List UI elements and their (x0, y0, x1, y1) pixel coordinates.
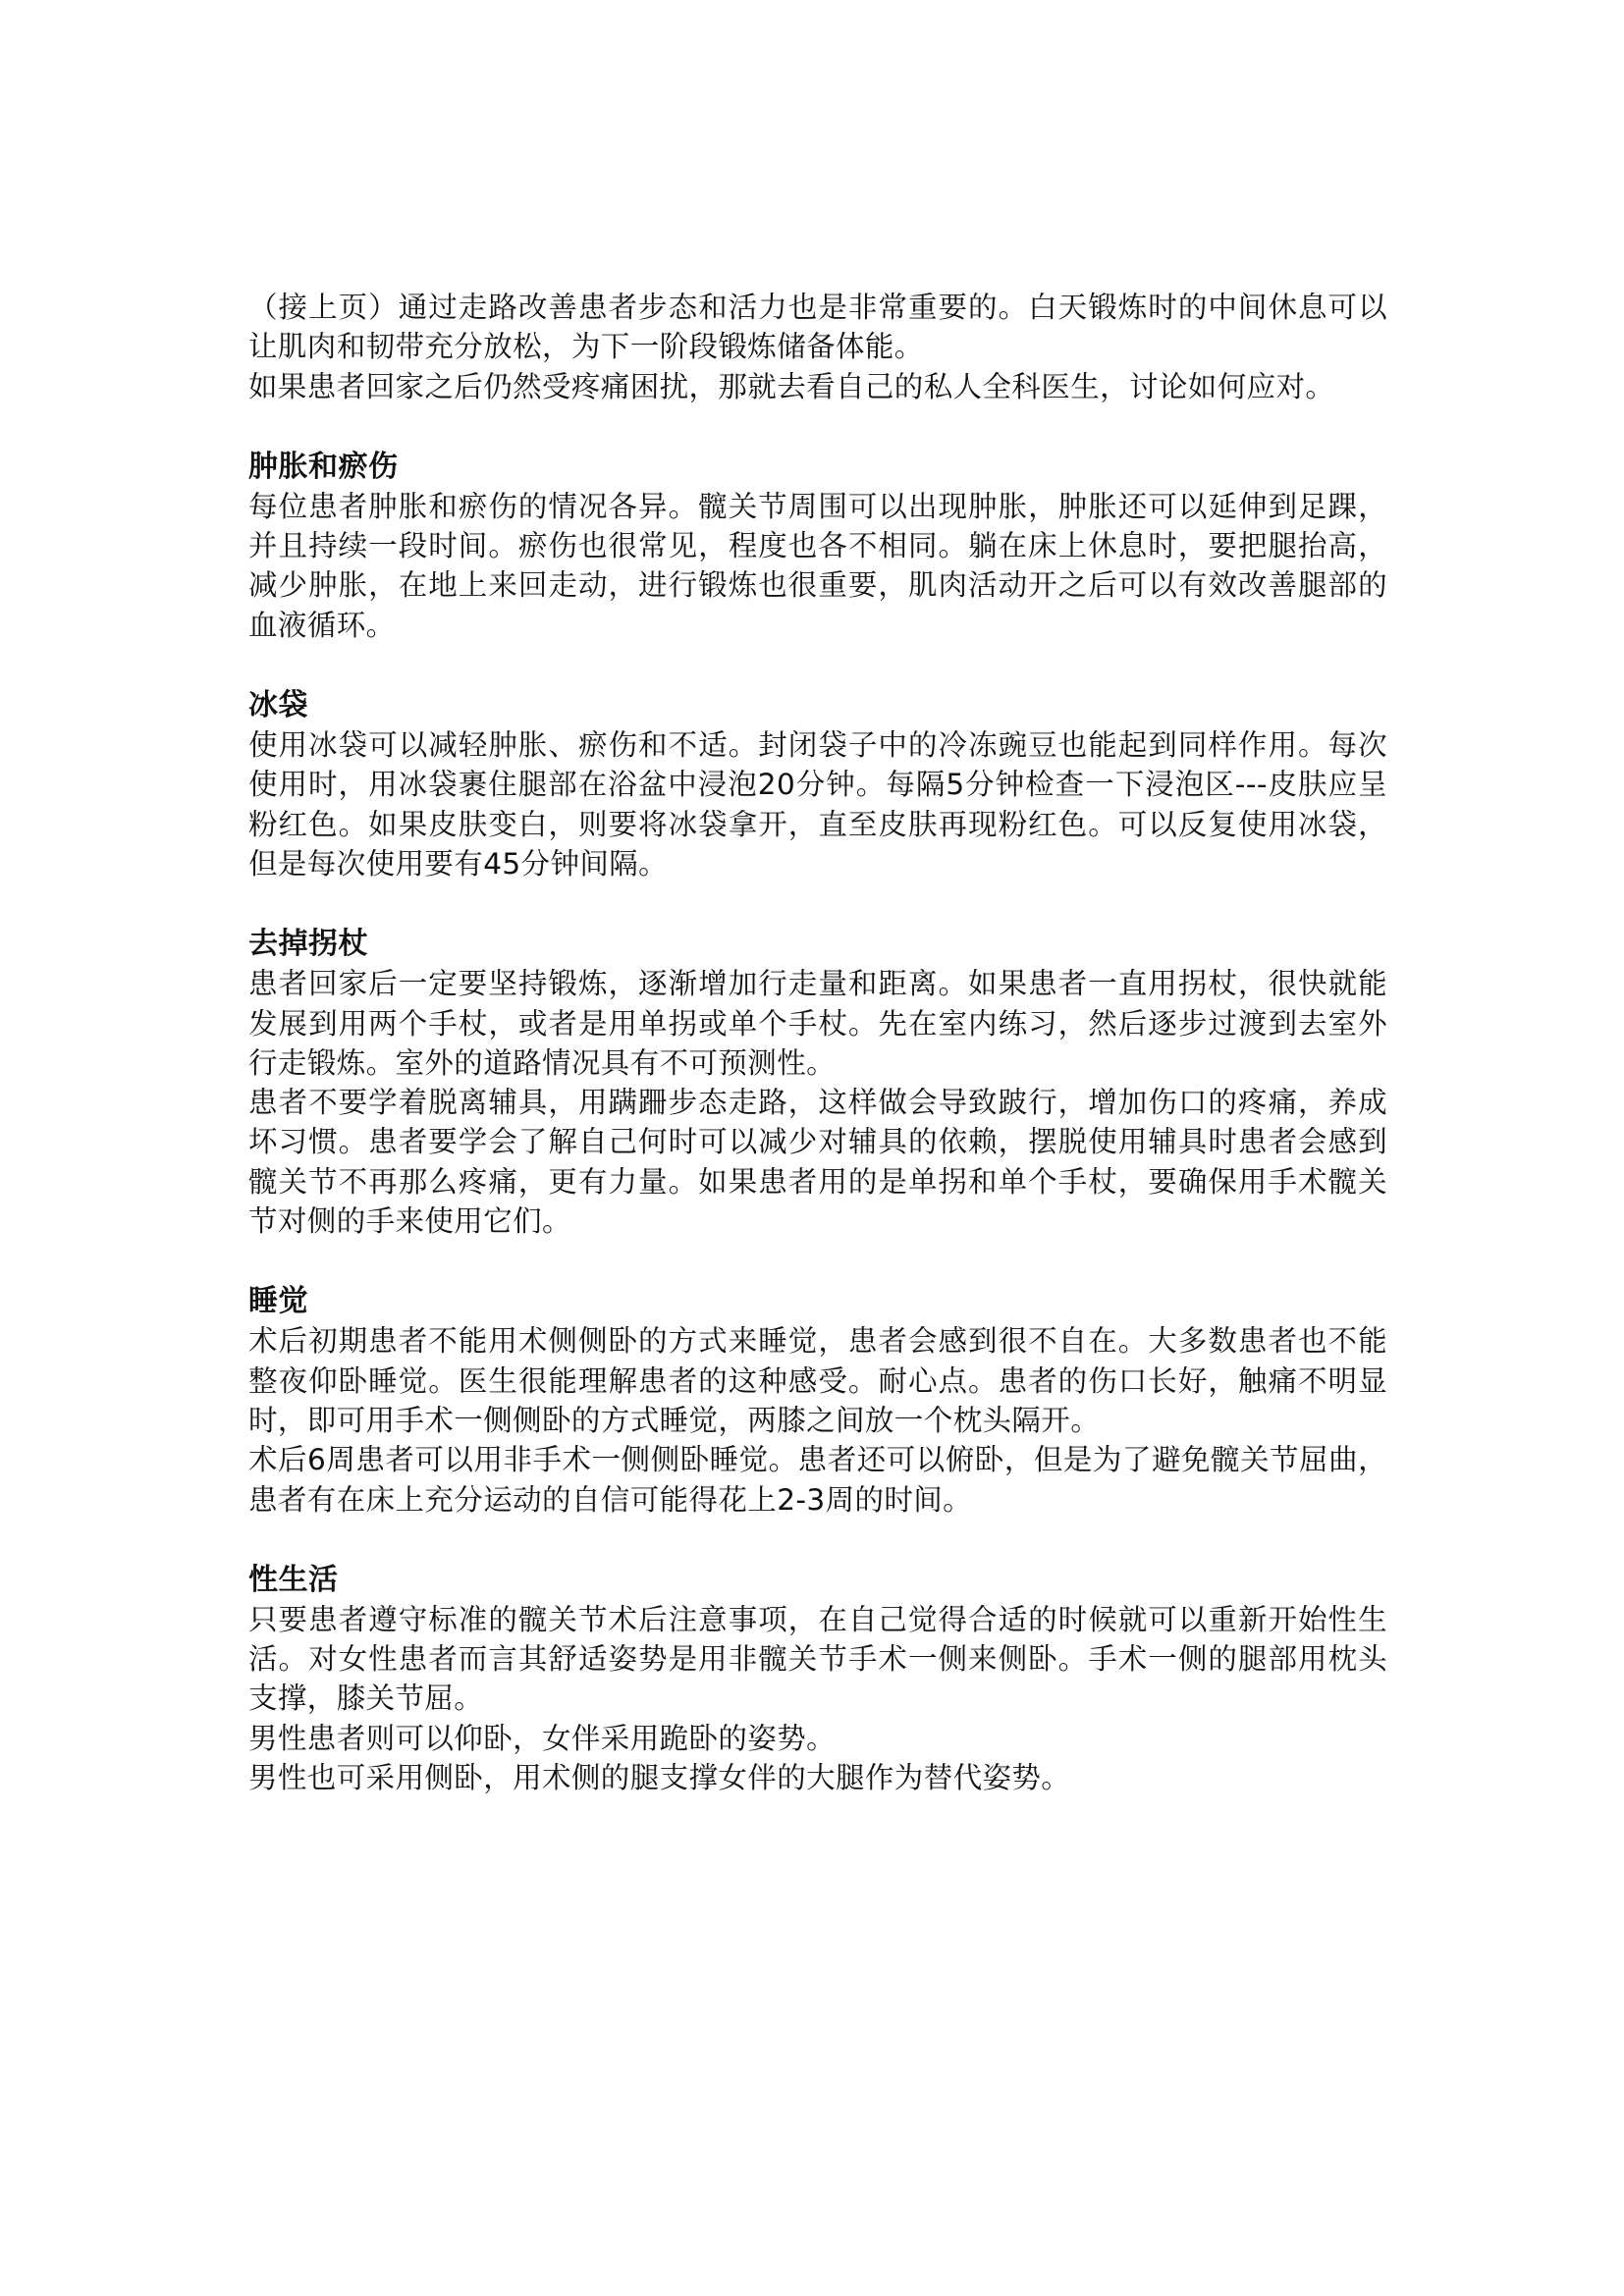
section-title: 去掉拐杖 (248, 925, 1387, 964)
intro-paragraph: （接上页）通过走路改善患者步态和活力也是非常重要的。白天锻炼时的中间休息可以让肌… (248, 288, 1387, 367)
section-paragraph: 术后6周患者可以用非手术一侧侧卧睡觉。患者还可以俯卧，但是为了避免髋关节屈曲，患… (248, 1440, 1387, 1520)
section-paragraph: 男性也可采用侧卧，用术侧的腿支撑女伴的大腿作为替代姿势。 (248, 1758, 1387, 1797)
section-title: 性生活 (248, 1561, 1387, 1600)
section-sexual-activity: 性生活 只要患者遵守标准的髋关节术后注意事项，在自己觉得合适的时候就可以重新开始… (248, 1561, 1387, 1797)
section-paragraph: 使用冰袋可以减轻肿胀、瘀伤和不适。封闭袋子中的冷冻豌豆也能起到同样作用。每次使用… (248, 725, 1387, 883)
section-ice-pack: 冰袋 使用冰袋可以减轻肿胀、瘀伤和不适。封闭袋子中的冷冻豌豆也能起到同样作用。每… (248, 686, 1387, 883)
section-remove-crutches: 去掉拐杖 患者回家后一定要坚持锻炼，逐渐增加行走量和距离。如果患者一直用拐杖，很… (248, 925, 1387, 1241)
section-paragraph: 患者不要学着脱离辅具，用蹒跚步态走路，这样做会导致跛行，增加伤口的疼痛，养成坏习… (248, 1083, 1387, 1241)
section-paragraph: 每位患者肿胀和瘀伤的情况各异。髋关节周围可以出现肿胀，肿胀还可以延伸到足踝，并且… (248, 487, 1387, 645)
section-sleeping: 睡觉 术后初期患者不能用术侧侧卧的方式来睡觉，患者会感到很不自在。大多数患者也不… (248, 1282, 1387, 1519)
intro-paragraph: 如果患者回家之后仍然受疼痛困扰，那就去看自己的私人全科医生，讨论如何应对。 (248, 367, 1387, 406)
section-title: 睡觉 (248, 1282, 1387, 1321)
intro-block: （接上页）通过走路改善患者步态和活力也是非常重要的。白天锻炼时的中间休息可以让肌… (248, 288, 1387, 406)
section-paragraph: 只要患者遵守标准的髋关节术后注意事项，在自己觉得合适的时候就可以重新开始性生活。… (248, 1600, 1387, 1719)
section-paragraph: 男性患者则可以仰卧，女伴采用跪卧的姿势。 (248, 1719, 1387, 1758)
section-paragraph: 术后初期患者不能用术侧侧卧的方式来睡觉，患者会感到很不自在。大多数患者也不能整夜… (248, 1321, 1387, 1440)
section-swelling-bruising: 肿胀和瘀伤 每位患者肿胀和瘀伤的情况各异。髋关节周围可以出现肿胀，肿胀还可以延伸… (248, 448, 1387, 645)
section-title: 冰袋 (248, 686, 1387, 725)
section-paragraph: 患者回家后一定要坚持锻炼，逐渐增加行走量和距离。如果患者一直用拐杖，很快就能发展… (248, 964, 1387, 1083)
document-page: （接上页）通过走路改善患者步态和活力也是非常重要的。白天锻炼时的中间休息可以让肌… (248, 288, 1387, 1797)
section-title: 肿胀和瘀伤 (248, 448, 1387, 487)
